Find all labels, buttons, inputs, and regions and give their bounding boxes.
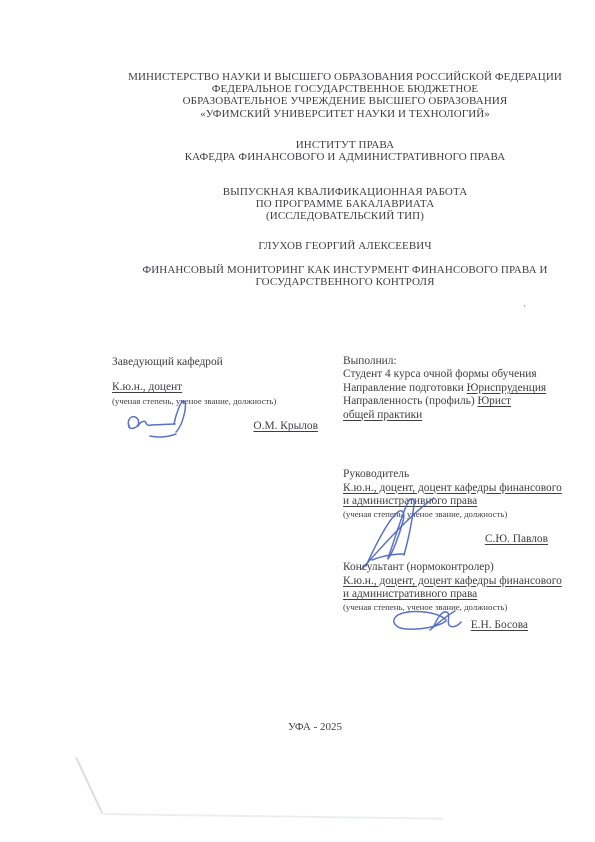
work-type-line-2: ПО ПРОГРАММЕ БАКАЛАВРИАТА <box>115 198 575 210</box>
supervisor-degree-line-1: К.ю.н., доцент, доцент кафедры финансово… <box>343 482 562 495</box>
performer-profile: Юрист <box>477 395 511 407</box>
consultant-degree-hint: (ученая степень, ученое звание, должност… <box>343 602 507 612</box>
performer-line-2: Направление подготовки Юриспруденция <box>343 382 546 395</box>
work-type-line-1: ВЫПУСКНАЯ КВАЛИФИКАЦИОННАЯ РАБОТА <box>115 186 575 198</box>
thesis-title-line-1: ФИНАНСОВЫЙ МОНИТОРИНГ КАК ИНСТУРМЕНТ ФИН… <box>115 264 575 276</box>
header-line-3: ОБРАЗОВАТЕЛЬНОЕ УЧРЕЖДЕНИЕ ВЫСШЕГО ОБРАЗ… <box>115 95 575 107</box>
consultant-degree-line-2: и административного права <box>343 588 477 601</box>
thesis-title: ФИНАНСОВЫЙ МОНИТОРИНГ КАК ИНСТУРМЕНТ ФИН… <box>115 264 575 288</box>
performer-major: Юриспруденция <box>467 382 547 394</box>
fold-crease-diagonal <box>76 757 104 814</box>
header-line-4: «УФИМСКИЙ УНИВЕРСИТЕТ НАУКИ И ТЕХНОЛОГИЙ… <box>115 108 575 120</box>
head-of-department-degree: К.ю.н., доцент <box>112 381 182 394</box>
performer-line-1: Студент 4 курса очной формы обучения <box>343 368 546 381</box>
ministry-header: МИНИСТЕРСТВО НАУКИ И ВЫСШЕГО ОБРАЗОВАНИЯ… <box>115 71 575 120</box>
head-of-department-name: О.М. Крылов <box>112 420 318 433</box>
fold-crease-horizontal <box>103 813 443 819</box>
thesis-title-line-2: ГОСУДАРСТВЕННОГО КОНТРОЛЯ <box>115 276 575 288</box>
consultant-degree-line-1: К.ю.н., доцент, доцент кафедры финансово… <box>343 575 562 588</box>
supervisor-degree-line-2: и административного права <box>343 495 477 508</box>
performer-line-3: Направленность (профиль) Юрист <box>343 395 546 408</box>
head-of-department-role: Заведующий кафедрой <box>112 356 223 369</box>
author-name: ГЛУХОВ ГЕОРГИЙ АЛЕКСЕЕВИЧ <box>115 240 575 252</box>
performer-line-4: общей практики <box>343 409 546 422</box>
institute-line: ИНСТИТУТ ПРАВА <box>115 139 575 151</box>
thesis-title-page: МИНИСТЕРСТВО НАУКИ И ВЫСШЕГО ОБРАЗОВАНИЯ… <box>0 0 595 842</box>
supervisor-name: С.Ю. Павлов <box>343 533 548 546</box>
department-line: КАФЕДРА ФИНАНСОВОГО И АДМИНИСТРАТИВНОГО … <box>115 151 575 163</box>
supervisor-degree-hint: (ученая степень, ученое звание, должност… <box>343 509 507 519</box>
header-line-2: ФЕДЕРАЛЬНОЕ ГОСУДАРСТВЕННОЕ БЮДЖЕТНОЕ <box>115 83 575 95</box>
header-line-1: МИНИСТЕРСТВО НАУКИ И ВЫСШЕГО ОБРАЗОВАНИЯ… <box>115 71 575 83</box>
work-type-block: ВЫПУСКНАЯ КВАЛИФИКАЦИОННАЯ РАБОТА ПО ПРО… <box>115 186 575 223</box>
supervisor-role: Руководитель <box>343 468 409 481</box>
stray-mark: ’ <box>523 304 526 315</box>
consultant-name: Е.Н. Босова <box>343 619 528 632</box>
consultant-role: Консультант (нормоконтролер) <box>343 561 494 574</box>
city-year-footer: УФА - 2025 <box>230 721 400 734</box>
institute-block: ИНСТИТУТ ПРАВА КАФЕДРА ФИНАНСОВОГО И АДМ… <box>115 139 575 163</box>
performer-block: Выполнил: Студент 4 курса очной формы об… <box>343 355 546 422</box>
performer-label: Выполнил: <box>343 355 546 368</box>
work-type-line-3: (ИССЛЕДОВАТЕЛЬСКИЙ ТИП) <box>115 210 575 222</box>
head-of-department-degree-hint: (ученая степень, ученое звание, должност… <box>112 396 276 406</box>
